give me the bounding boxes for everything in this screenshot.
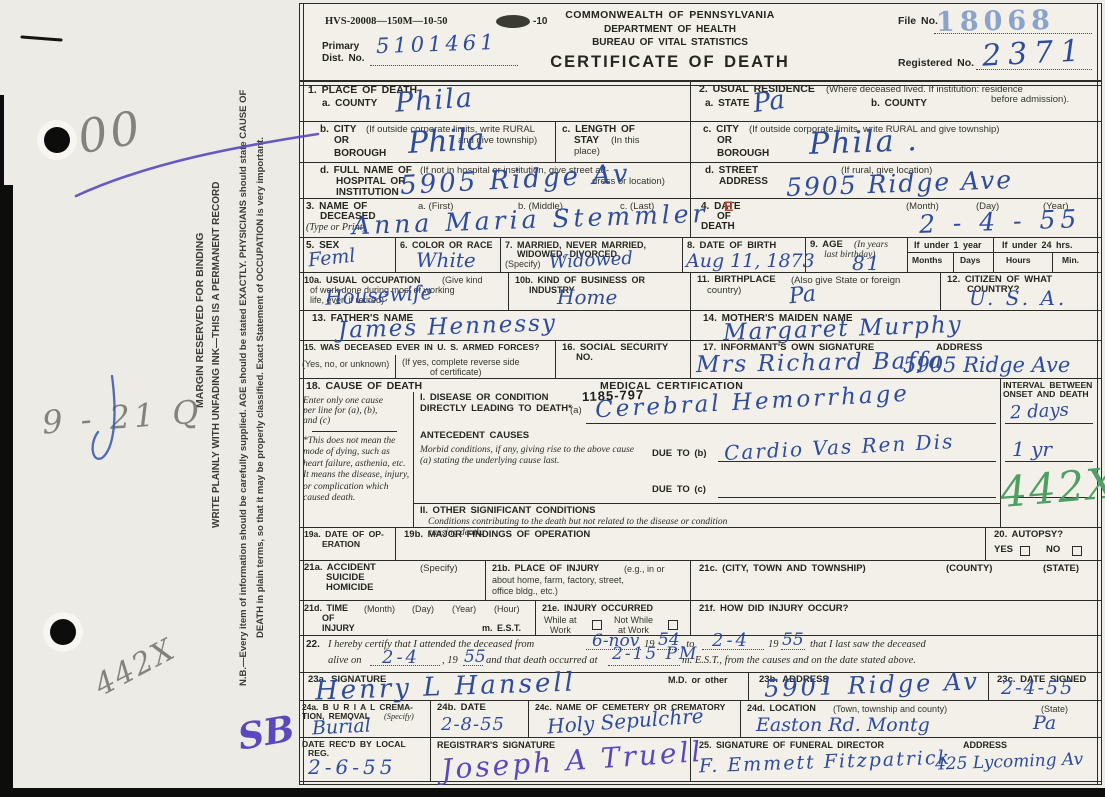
write-line-a [586, 423, 996, 424]
pencil-mark-442x: 442X [89, 632, 182, 704]
field-place-of-injury: 21b. PLACE OF INJURY (e.g., in or about … [485, 561, 690, 601]
field-date-received: DATE REC'D BY LOCAL REG. 2-6-55 [300, 738, 430, 782]
row-injury-1: 21a. ACCIDENT SUICIDE HOMICIDE (Specify)… [300, 560, 1101, 601]
red-correction-mark: E [724, 199, 733, 215]
f1c-label-2: STAY [574, 135, 599, 146]
field-fathers-name: 13. FATHER'S NAME James Hennessy [300, 311, 690, 341]
f18-value-interval-a: 2 days [1009, 399, 1069, 423]
f10b-value-industry: Home [557, 285, 617, 309]
f20-no-label: NO [1046, 545, 1060, 556]
f2a-value-state: Pa [751, 85, 787, 119]
f15-note-3: of certificate) [430, 367, 482, 377]
grid-line [1052, 252, 1053, 273]
f22-19-2: 19 [768, 639, 779, 652]
f10b-label: 10b. KIND OF BUSINESS OR [515, 275, 645, 285]
f18-note-1c: and (c) [303, 416, 330, 427]
f18-green-code: 442X [998, 458, 1105, 517]
row-name-dod: 3. NAME OF DECEASED (Type or Print) a. (… [300, 198, 1101, 238]
field-burial-type: 24a. B U R I A L CREMA- TION, REMOVAL (S… [300, 701, 430, 738]
f21e-label: 21e. INJURY OCCURRED [542, 603, 653, 613]
f21a-specify: (Specify) [420, 564, 457, 575]
f2c-value-city: Phila . [808, 123, 919, 162]
registered-no-value: 2371 [981, 33, 1087, 73]
f24d-label: 24d. LOCATION [747, 703, 816, 713]
scanned-death-certificate: MARGIN RESERVED FOR BINDING WRITE PLAINL… [0, 0, 1105, 797]
f4-value-date-of-death: 2 - 4 - 55 [919, 204, 1082, 239]
field-burial-date: 24b. DATE 2-8-55 [430, 701, 528, 738]
f25-value-signature: F. Emmett Fitzpatrick [699, 747, 952, 778]
f10a-value-occupation: Housewife [324, 280, 432, 310]
f23c-value-date: 2-4-55 [1001, 677, 1074, 699]
agency-line-1: COMMONWEALTH OF PENNSYLVANIA [545, 10, 795, 22]
stamp-number: 1185-797 [582, 388, 645, 405]
black-pen-dash [22, 37, 61, 40]
f19b-label: 19b. MAJOR FINDINGS OF OPERATION [404, 530, 590, 541]
field-color-race: 6. COLOR OR RACE White [395, 238, 500, 273]
grid-line [413, 392, 414, 528]
field-place-of-death: 1. PLACE OF DEATH a. COUNTY Phila [300, 82, 690, 122]
f9-months-label: Months [912, 256, 942, 266]
f11-value-birthplace: Pa [788, 282, 817, 310]
grid-line [953, 252, 954, 273]
field-usual-residence: 2. USUAL RESIDENCE (Where deceased lived… [690, 82, 1099, 122]
f1b-or: OR [334, 135, 349, 146]
write-line-c [718, 497, 996, 498]
f10a-note: (Give kind [442, 275, 483, 285]
row-certification: 22. I hereby certify that I attended the… [300, 635, 1101, 673]
file-no-line [934, 20, 1092, 34]
field-length-of-stay: c. LENGTH OF STAY (In this place) [555, 122, 690, 163]
grid-line [908, 252, 993, 253]
f21b-label: 21b. PLACE OF INJURY [492, 563, 599, 573]
f21d-label: 21d. TIME [304, 603, 348, 613]
field-city-borough: b. CITY (If outside corporate limits, wr… [300, 122, 555, 163]
f2d-value-street: 5905 Ridge Ave [786, 165, 1014, 202]
f22-text-5: and that death occurred at [486, 655, 598, 668]
f24a-specify: (Specify) [384, 712, 414, 722]
autopsy-yes-checkbox [1020, 546, 1030, 556]
f2a-label: a. STATE [705, 98, 749, 109]
f15-note-2: (If yes, complete reverse side [402, 357, 520, 367]
f24b-label: 24b. DATE [437, 703, 486, 714]
f2d-label-2: ADDRESS [719, 176, 768, 187]
f26-value-date: 2-6-55 [308, 755, 396, 779]
dist-no-label: Dist. No. [322, 53, 365, 64]
f20-label: 20. AUTOPSY? [994, 530, 1063, 541]
f24a-value-burial: Burial [311, 714, 371, 739]
interval-line-a [1005, 423, 1093, 424]
pencil-mark-00: 00 [74, 100, 147, 164]
row-injury-2: 21d. TIME OF INJURY (Month) (Day) (Year)… [300, 600, 1101, 636]
scan-edge [0, 788, 1105, 797]
field-major-findings: 19b. MAJOR FINDINGS OF OPERATION [395, 528, 985, 561]
f1d-label: d. FULL NAME OF [320, 165, 412, 176]
monogram-mark: SB [235, 707, 298, 758]
row-place-residence-2: b. CITY (If outside corporate limits, wr… [300, 121, 1101, 163]
f21d-label-2: OF [322, 613, 335, 623]
row-sex-race-marital-birth: 5. SEX Feml 6. COLOR OR RACE White 7. MA… [300, 237, 1101, 273]
f1b-value-city: Phila [407, 122, 485, 161]
f18-title: 18. CAUSE OF DEATH [306, 381, 422, 393]
f21c-state-label: (STATE) [1043, 564, 1079, 575]
f18-morbid-note: Morbid conditions, if any, giving rise t… [420, 445, 645, 468]
f22-text-3: that I last saw the deceased [810, 639, 926, 652]
f24d-value-location: Easton Rd. Montg [756, 714, 930, 736]
f21d-label-3: INJURY [322, 623, 355, 633]
f18-interval-label-2: ONSET AND DEATH [1003, 390, 1089, 400]
field-funeral-director: 25. SIGNATURE OF FUNERAL DIRECTOR ADDRES… [690, 738, 1099, 782]
file-no-label: File No. [898, 16, 938, 28]
scan-edge [0, 95, 4, 190]
f18-antecedent-label: ANTECEDENT CAUSES [420, 431, 529, 442]
margin-text-nb-2: DEATH in plain terms, so that it may be … [255, 55, 268, 720]
f21d-year-label: (Year) [452, 604, 476, 614]
f18-due-to-c-label: DUE TO (c) [652, 485, 706, 496]
f1b-label: b. CITY [320, 124, 356, 135]
field-sex: 5. SEX Feml [300, 238, 395, 273]
f21c-label: 21c. (CITY, TOWN AND TOWNSHIP) [699, 564, 866, 575]
f18-disease-label-2: DIRECTLY LEADING TO DEATH* [420, 404, 572, 415]
f9-hours-label: Hours [1006, 256, 1031, 266]
f2-note-2: before admission). [991, 95, 1069, 106]
f1b-borough: BOROUGH [334, 148, 386, 159]
field-marital-status: 7. MARRIED, NEVER MARRIED, WIDOWED, DIVO… [500, 238, 682, 273]
union-bug-icon [496, 15, 530, 28]
margin-text-binding: MARGIN RESERVED FOR BINDING [194, 150, 208, 490]
field-date-of-death: 4. DATE OF DEATH (Month) (Day) (Year) 2 … [690, 199, 1099, 238]
f18-a-label: (a) [570, 406, 582, 417]
registered-no-label: Registered No. [898, 58, 974, 70]
grid-line [994, 252, 1099, 253]
f18-due-to-b-label: DUE TO (b) [652, 449, 707, 460]
field-age-under-1yr: If under 1 year Months Days [907, 238, 993, 273]
f9-under24-label: If under 24 hrs. [1002, 240, 1073, 250]
row-physician-signature: 23a. SIGNATURE M.D. or other Henry L Han… [300, 672, 1101, 701]
f1a-value-county: Phila [394, 82, 475, 118]
f5-value-sex: Feml [307, 245, 357, 272]
f18-other-conditions-label: II. OTHER SIGNIFICANT CONDITIONS [420, 506, 595, 517]
pencil-mark-code: 9 - 21 Q [41, 392, 204, 441]
field-how-injury-occurred: 21f. HOW DID INJURY OCCUR? [690, 601, 1099, 636]
f25-value-address: 425 Lycoming Av [935, 749, 1084, 774]
f22-text-4: alive on [328, 655, 362, 668]
certificate-form: HVS-20008—150M—10-50 -10 Primary Dist. N… [299, 3, 1102, 785]
f22-value-to: 2-4 [712, 630, 750, 651]
f21d-est-label: m. E.S.T. [482, 623, 521, 633]
f9-under1-label: If under 1 year [914, 240, 982, 250]
agency-line-3: BUREAU OF VITAL STATISTICS [545, 37, 795, 48]
margin-text-nb-1: N.B.—Every item of information should be… [238, 55, 251, 720]
f22-value-alive-year: 55 [464, 647, 486, 667]
field-physician-signature: 23a. SIGNATURE M.D. or other Henry L Han… [300, 673, 748, 701]
field-street-address: d. STREET ADDRESS (If rural, give locati… [690, 163, 1099, 199]
f21e-while-label-2: Work [550, 625, 571, 635]
f6-value-race: White [416, 248, 476, 272]
f18-value-interval-b: 1 yr [1012, 437, 1052, 461]
f24d-value-state: Pa [1033, 712, 1056, 734]
row-operation-autopsy: 19a. DATE OF OP- ERATION 19b. MAJOR FIND… [300, 527, 1101, 561]
f16-label-2: NO. [576, 353, 593, 364]
field-date-of-birth: 8. DATE OF BIRTH Aug 11, 1873 [682, 238, 805, 273]
f2d-label: d. STREET [705, 165, 758, 176]
f22-value-to-year: 55 [782, 630, 804, 650]
f7-value-marital: Widowed [549, 248, 634, 273]
agency-block: COMMONWEALTH OF PENNSYLVANIA DEPARTMENT … [545, 10, 795, 72]
f1c-note: (In this [611, 136, 640, 147]
f22-number: 22. [306, 639, 320, 650]
f21b-note-2: about home, farm, factory, street, [492, 575, 624, 585]
f7-label-3: (Specify) [505, 259, 541, 269]
field-citizenship: 12. CITIZEN OF WHAT COUNTRY? U. S. A. [940, 273, 1099, 311]
form-header: HVS-20008—150M—10-50 -10 Primary Dist. N… [300, 4, 1101, 81]
f20-yes-label: YES [994, 545, 1013, 556]
f15-label: 15. WAS DECEASED EVER IN U. S. ARMED FOR… [304, 343, 539, 353]
field-age-under-24h: If under 24 hrs. Hours Min. [993, 238, 1099, 273]
f12-value-citizenship: U. S. A. [969, 286, 1067, 310]
f21e-notwhile-label: Not While [614, 615, 653, 625]
field-occupation: 10a. USUAL OCCUPATION (Give kind of work… [300, 273, 508, 311]
f21d-hour-label: (Hour) [494, 604, 520, 614]
f2c-label: c. CITY [703, 124, 739, 135]
f21d-day-label: (Day) [412, 604, 434, 614]
certificate-title: CERTIFICATE OF DEATH [545, 53, 795, 71]
field-date-of-operation: 19a. DATE OF OP- ERATION [300, 528, 395, 561]
field-name-of-deceased: 3. NAME OF DECEASED (Type or Print) a. (… [300, 199, 690, 238]
punch-hole [44, 127, 70, 153]
f9-days-label: Days [960, 256, 980, 266]
row-forces-ssn-informant: 15. WAS DECEASED EVER IN U. S. ARMED FOR… [300, 340, 1101, 379]
f25-address-label: ADDRESS [963, 740, 1007, 750]
row-burial: 24a. B U R I A L CREMA- TION, REMOVAL (S… [300, 700, 1101, 738]
f2b-label: b. COUNTY [871, 98, 927, 109]
field-residence-city: c. CITY (If outside corporate limits, wr… [690, 122, 1099, 163]
field-birthplace: 11. BIRTHPLACE (Also give State or forei… [690, 273, 940, 311]
f2c-or: OR [717, 135, 732, 146]
f1d-label-3: INSTITUTION [336, 187, 399, 198]
not-while-at-work-checkbox [668, 620, 678, 630]
f1a-label: a. COUNTY [322, 98, 377, 109]
dist-no-value: 5101461 [376, 30, 498, 58]
field-ssn: 16. SOCIAL SECURITY NO. [555, 341, 690, 379]
f18-value-cause-b: Cardio Vas Ren Dis [724, 429, 955, 465]
field-mothers-maiden-name: 14. MOTHER'S MAIDEN NAME Margaret Murphy [690, 311, 1099, 341]
f24d-note: (Town, township and county) [833, 704, 947, 714]
scan-edge [0, 185, 13, 790]
while-at-work-checkbox [592, 620, 602, 630]
f8-value-dob: Aug 11, 1873 [686, 250, 815, 272]
field-armed-forces: 15. WAS DECEASED EVER IN U. S. ARMED FOR… [300, 341, 555, 379]
row-registrar: DATE REC'D BY LOCAL REG. 2-6-55 REGISTRA… [300, 737, 1101, 782]
f1c-label: c. LENGTH OF [562, 124, 635, 135]
f3-value-name: Anna Maria Stemmler [352, 199, 709, 240]
f25-label: 25. SIGNATURE OF FUNERAL DIRECTOR [699, 740, 884, 750]
f9-min-label: Min. [1062, 256, 1079, 266]
f19a-label-2: ERATION [322, 540, 360, 550]
f22-19-3: , 19 [442, 655, 458, 668]
divider-line [312, 431, 397, 432]
f21c-county-label: (COUNTY) [946, 564, 992, 575]
field-industry: 10b. KIND OF BUSINESS OR INDUSTRY Home [508, 273, 690, 311]
f17-value-address: 5905 Ridge Ave [903, 353, 1070, 377]
f15-note: (Yes, no, or unknown) [302, 359, 389, 369]
field-cemetery-location: 24d. LOCATION (Town, township and county… [740, 701, 1099, 738]
f22-value-alive: 2-4 [382, 647, 420, 668]
f22-text-6: m. E.S.T., from the causes and on the da… [682, 655, 916, 668]
field-time-of-injury: 21d. TIME OF INJURY (Month) (Day) (Year)… [300, 601, 535, 636]
field-informant: 17. INFORMANT'S OWN SIGNATURE ADDRESS Mr… [690, 341, 1099, 379]
field-age: 9. AGE (In years last birthday) 81 [805, 238, 907, 273]
primary-label: Primary [322, 41, 359, 52]
f23a-md-label: M.D. or other [668, 675, 728, 685]
f21b-note: (e.g., in or [624, 564, 665, 574]
f9-value-age: 81 [852, 251, 881, 275]
f1c-note-2: place) [574, 147, 600, 158]
row-cause-of-death: 18. CAUSE OF DEATH Enter only one cause … [300, 378, 1101, 528]
f2c-borough: BOROUGH [717, 148, 769, 159]
field-injury-city: 21c. (CITY, TOWN AND TOWNSHIP) (COUNTY) … [690, 561, 1099, 601]
f24b-value-date: 2-8-55 [441, 714, 505, 735]
row-place-residence-3: d. FULL NAME OF (If not in hospital or i… [300, 162, 1101, 199]
f22-value-time: 2-15 PM [612, 644, 698, 664]
row-parents: 13. FATHER'S NAME James Hennessy 14. MOT… [300, 310, 1101, 341]
f1d-label-2: HOSPITAL OR [336, 176, 405, 187]
f21a-label-3: HOMICIDE [326, 583, 374, 594]
grid-line [395, 355, 396, 379]
field-date-signed: 23c. DATE SIGNED 2-4-55 [988, 673, 1099, 701]
f21d-month-label: (Month) [364, 604, 395, 614]
form-number: HVS-20008—150M—10-50 [325, 16, 448, 28]
f18-star-note: *This does not mean the mode of dying, s… [303, 436, 410, 504]
f22-text-1: I hereby certify that I attended the dec… [328, 639, 534, 652]
field-physician-address: 23b. ADDRESS 5901 Ridge Av [748, 673, 988, 701]
row-occupation-birthplace: 10a. USUAL OCCUPATION (Give kind of work… [300, 272, 1101, 311]
autopsy-no-checkbox [1072, 546, 1082, 556]
row-place-residence-1: 1. PLACE OF DEATH a. COUNTY Phila 2. USU… [300, 81, 1101, 122]
field-hospital-name: d. FULL NAME OF (If not in hospital or i… [300, 163, 690, 199]
f23b-value-address: 5901 Ridge Av [764, 667, 981, 703]
field-accident-suicide: 21a. ACCIDENT SUICIDE HOMICIDE (Specify) [300, 561, 485, 601]
f21b-note-3: office bldg., etc.) [492, 586, 558, 596]
agency-line-2: DEPARTMENT OF HEALTH [545, 24, 795, 35]
field-autopsy: 20. AUTOPSY? YES NO [985, 528, 1099, 561]
field-cemetery: 24c. NAME OF CEMETERY OR CREMATORY Holy … [528, 701, 740, 738]
margin-text-ink: WRITE PLAINLY WITH UNFADING INK—THIS IS … [211, 95, 225, 615]
f11-note-2: country) [707, 286, 741, 297]
f21f-label: 21f. HOW DID INJURY OCCUR? [699, 604, 848, 615]
f21e-while-label: While at [544, 615, 577, 625]
field-registrar-signature: REGISTRAR'S SIGNATURE Joseph A Truell [430, 738, 690, 782]
punch-hole [50, 619, 76, 645]
